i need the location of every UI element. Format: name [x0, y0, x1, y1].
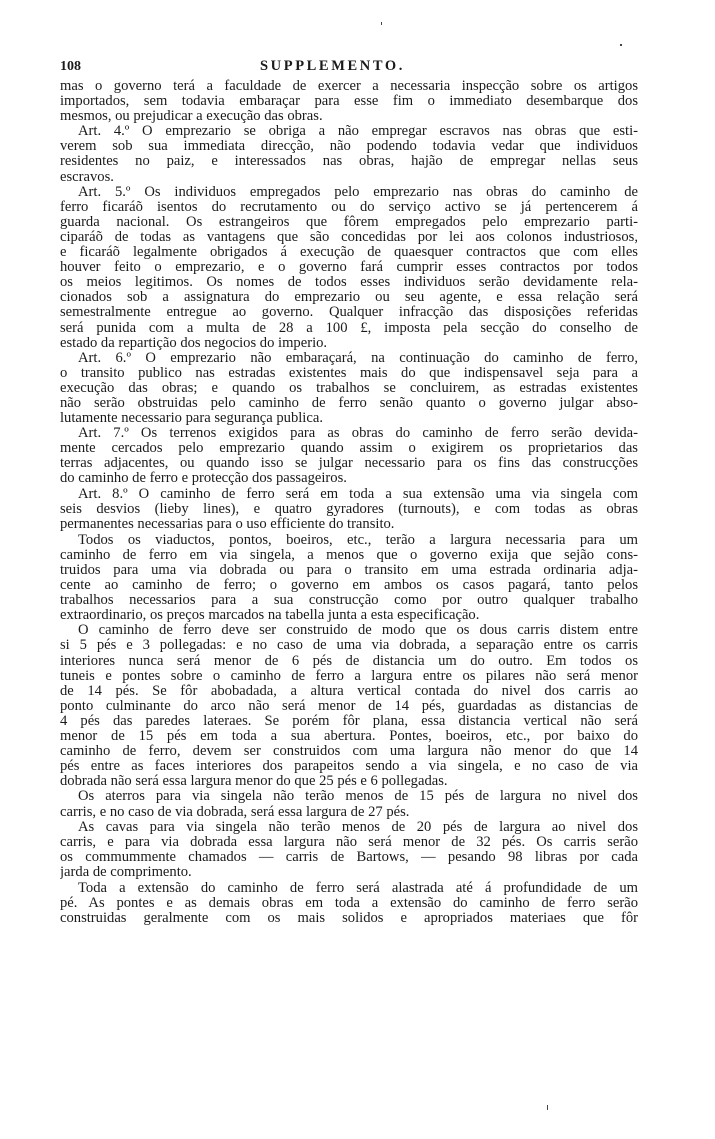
text-line: Art. 4.º O emprezario se obriga a não em…: [60, 124, 638, 139]
scan-speck: [620, 44, 622, 46]
text-line: permanentes necessarias para o uso effic…: [60, 517, 638, 532]
text-line: caminho de ferro, devem ser construidos …: [60, 744, 638, 759]
text-line: os commummente chamados — carris de Bart…: [60, 850, 638, 865]
text-line: seis desvios (lieby lines), e quatro gyr…: [60, 502, 638, 517]
text-line: carris, e no caso de via dobrada, será e…: [60, 805, 638, 820]
text-line: escravos.: [60, 170, 638, 185]
paragraph-art-4: Art. 4.º O emprezario se obriga a não em…: [60, 124, 638, 184]
text-line: si 5 pés e 3 pollegadas: e no caso de um…: [60, 638, 638, 653]
paragraph-art-5: Art. 5.º Os individuos empregados pelo e…: [60, 185, 638, 351]
text-line: semestralmente entregue ao governo. Qual…: [60, 305, 638, 320]
text-line: verem sob sua immediata direcção, não po…: [60, 139, 638, 154]
running-title: SUPPLEMENTO.: [260, 58, 405, 75]
paragraph-continuation: mas o governo terá a faculdade de exerce…: [60, 79, 638, 124]
scan-speck: [381, 22, 382, 25]
text-line: jarda de comprimento.: [60, 865, 638, 880]
text-line: do caminho de ferro e protecção dos pass…: [60, 471, 638, 486]
text-line: Art. 7.º Os terrenos exigidos para as ob…: [60, 426, 638, 441]
text-line: caminho de ferro em via singela, a menos…: [60, 548, 638, 563]
text-line: cente ao caminho de ferro; o governo em …: [60, 578, 638, 593]
text-line: As cavas para via singela não terão meno…: [60, 820, 638, 835]
text-line: menor de 15 pés em toda a sua abertura. …: [60, 729, 638, 744]
text-line: Art. 8.º O caminho de ferro será em toda…: [60, 487, 638, 502]
text-line: cionados sob a assignatura do emprezario…: [60, 290, 638, 305]
text-line: pé. As pontes e as demais obras em toda …: [60, 896, 638, 911]
paragraph-aterros: Os aterros para via singela não terão me…: [60, 789, 638, 819]
text-line: execução das obras; e quando os trabalho…: [60, 381, 638, 396]
text-line: trabalhos necessarios para a sua constru…: [60, 593, 638, 608]
text-line: Art. 5.º Os individuos empregados pelo e…: [60, 185, 638, 200]
text-line: Toda a extensão do caminho de ferro será…: [60, 881, 638, 896]
text-line: Art. 6.º O emprezario não embaraçará, na…: [60, 351, 638, 366]
text-line: mesmos, ou prejudicar a execução das obr…: [60, 109, 638, 124]
text-line: carris, e para via dobrada essa largura …: [60, 835, 638, 850]
text-line: Todos os viaductos, pontos, boeiros, etc…: [60, 533, 638, 548]
text-line: terras adjacentes, ou quando isso se jul…: [60, 456, 638, 471]
text-line: guarda nacional. Os estrangeiros que fôr…: [60, 215, 638, 230]
document-page: 108 SUPPLEMENTO. mas o governo terá a fa…: [60, 58, 638, 926]
text-line: de 14 pés. Se fôr abobadada, a altura ve…: [60, 684, 638, 699]
paragraph-art-7: Art. 7.º Os terrenos exigidos para as ob…: [60, 426, 638, 486]
page-body: mas o governo terá a faculdade de exerce…: [60, 79, 638, 926]
text-line: Os aterros para via singela não terão me…: [60, 789, 638, 804]
text-line: ponto culminante do arco não será menor …: [60, 699, 638, 714]
text-line: importados, sem todavia embaraçar para e…: [60, 94, 638, 109]
text-line: O caminho de ferro deve ser construido d…: [60, 623, 638, 638]
page-header: 108 SUPPLEMENTO.: [60, 58, 638, 78]
text-line: e ficaráõ legalmente obrigados á execuçã…: [60, 245, 638, 260]
paragraph-viaductos: Todos os viaductos, pontos, boeiros, etc…: [60, 533, 638, 624]
text-line: tuneis e pontes sobre o caminho de ferro…: [60, 669, 638, 684]
text-line: o transito publico nas estradas existent…: [60, 366, 638, 381]
text-line: os meios legitimos. Os nomes de todos es…: [60, 275, 638, 290]
paragraph-carris: O caminho de ferro deve ser construido d…: [60, 623, 638, 789]
scan-speck: [547, 1105, 548, 1110]
text-line: 4 pés das paredes lateraes. Se porém fôr…: [60, 714, 638, 729]
text-line: mas o governo terá a faculdade de exerce…: [60, 79, 638, 94]
text-line: construidas geralmente com os mais solid…: [60, 911, 638, 926]
text-line: dobrada não será essa largura menor do q…: [60, 774, 638, 789]
text-line: mente cercados pelo emprezario quando as…: [60, 441, 638, 456]
text-line: pés entre as faces interiores dos parape…: [60, 759, 638, 774]
text-line: ciparáõ de todas as vantagens que são co…: [60, 230, 638, 245]
text-line: truidos para uma via dobrada ou para o t…: [60, 563, 638, 578]
text-line: interiores nunca será menor de 6 pés de …: [60, 654, 638, 669]
page-number: 108: [60, 59, 260, 75]
paragraph-art-8: Art. 8.º O caminho de ferro será em toda…: [60, 487, 638, 532]
text-line: lutamente necessario para segurança publ…: [60, 411, 638, 426]
text-line: houver feito o emprezario, e o governo f…: [60, 260, 638, 275]
text-line: será punida com a multa de 28 a 100 £, i…: [60, 321, 638, 336]
text-line: estado da repartição dos negocios do imp…: [60, 336, 638, 351]
paragraph-alastrada: Toda a extensão do caminho de ferro será…: [60, 881, 638, 926]
text-line: não serão obstruidas pelo caminho de fer…: [60, 396, 638, 411]
paragraph-cavas: As cavas para via singela não terão meno…: [60, 820, 638, 880]
paragraph-art-6: Art. 6.º O emprezario não embaraçará, na…: [60, 351, 638, 426]
text-line: residentes no paiz, e interessados nas o…: [60, 154, 638, 169]
text-line: extraordinario, os preços marcados na ta…: [60, 608, 638, 623]
text-line: ferro ficaráõ isentos do recrutamento ou…: [60, 200, 638, 215]
